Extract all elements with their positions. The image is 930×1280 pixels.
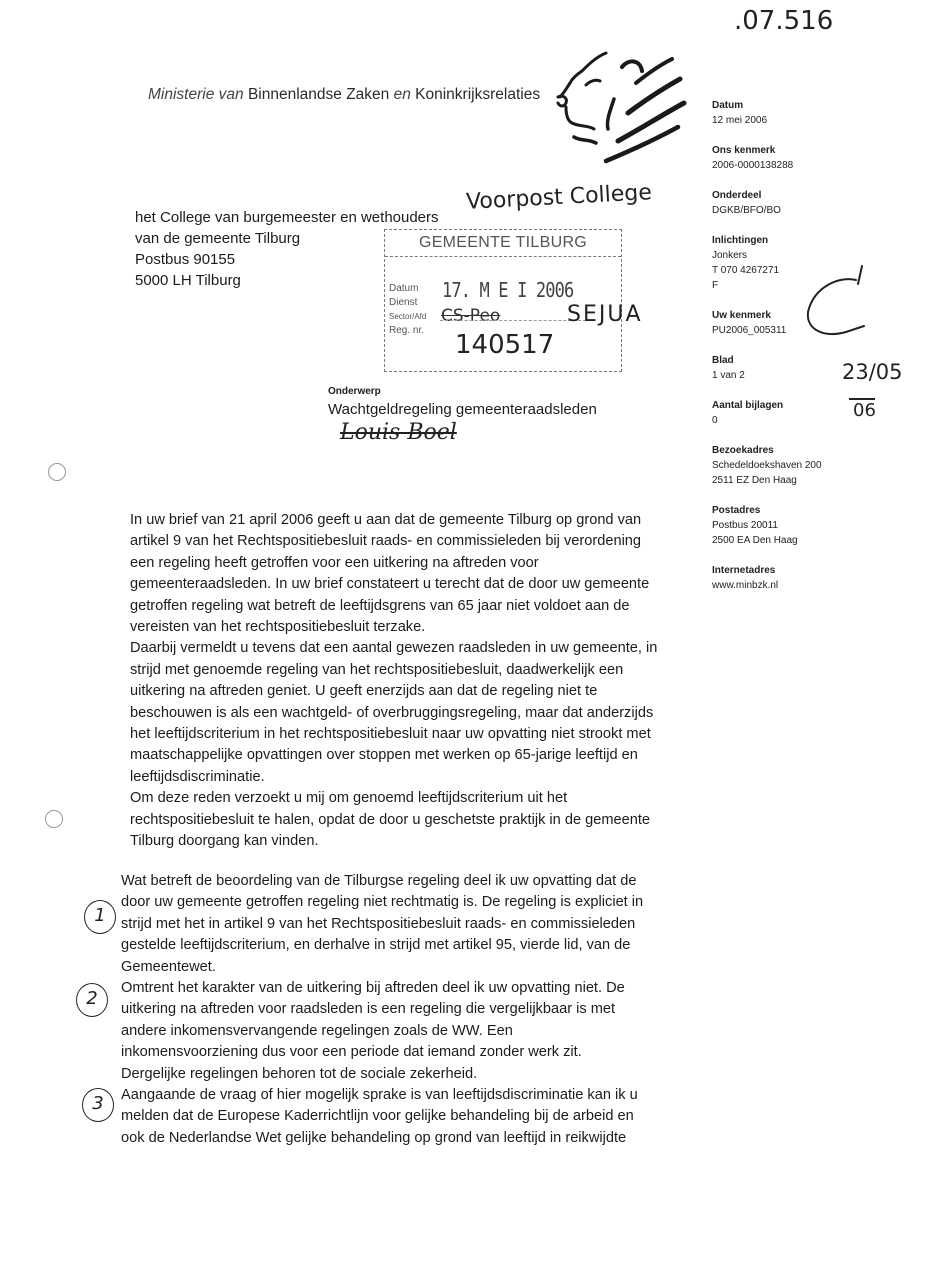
handwritten-voorpost: Voorpost College	[465, 180, 652, 215]
body-line: inkomensvoorziening dus voor een periode…	[121, 1042, 701, 1063]
meta-block: Ons kenmerk2006-0000138288	[712, 143, 842, 173]
body-line: het leeftijdscriterium in het rechtsposi…	[130, 724, 700, 745]
handwritten-date-year: 06	[853, 400, 876, 421]
stamp-label-datum: Datum	[389, 282, 426, 296]
body-line: gemeenteraadsleden. In uw brief constate…	[130, 574, 700, 595]
meta-block: Blad1 van 2	[712, 353, 842, 383]
stamp-reg-number: 140517	[455, 330, 554, 360]
meta-label: Bezoekadres	[712, 443, 842, 458]
meta-value: 2500 EA Den Haag	[712, 533, 842, 548]
body-line: gestelde leeftijdscriterium, en derhalve…	[121, 935, 701, 956]
address-line: het College van burgemeester en wethoude…	[135, 207, 439, 228]
body-line: melden dat de Europese Kaderrichtlijn vo…	[121, 1106, 701, 1127]
meta-block: Datum12 mei 2006	[712, 98, 842, 128]
circled-marker-3: 3	[82, 1088, 114, 1122]
meta-value: 12 mei 2006	[712, 113, 842, 128]
meta-value: 2511 EZ Den Haag	[712, 473, 842, 488]
meta-value: Postbus 20011	[712, 518, 842, 533]
body-line: Aangaande de vraag of hier mogelijk spra…	[121, 1085, 701, 1106]
struck-signature: Louis Boel	[340, 420, 457, 445]
handwritten-sector: SEJUA	[567, 302, 643, 327]
lion-emblem-icon	[548, 45, 698, 165]
body-line: strijd met het in artikel 9 van het Rech…	[121, 914, 701, 935]
meta-label: Datum	[712, 98, 842, 113]
body-line: In uw brief van 21 april 2006 geeft u aa…	[130, 510, 700, 531]
body-line: door uw gemeente getroffen regeling niet…	[121, 892, 701, 913]
punch-hole	[48, 463, 66, 481]
meta-label: Postadres	[712, 503, 842, 518]
meta-value: 1 van 2	[712, 368, 842, 383]
meta-label: Internetadres	[712, 563, 842, 578]
stamp-label-regnr: Reg. nr.	[389, 324, 426, 338]
checkmark-c-icon	[800, 262, 870, 344]
ministry-word-ministerie: Ministerie	[148, 86, 214, 103]
ministry-word-bz: Binnenlandse Zaken	[248, 86, 389, 103]
body-line: getroffen regeling wat betreft de leefti…	[130, 596, 700, 617]
meta-block: PostadresPostbus 200112500 EA Den Haag	[712, 503, 842, 548]
body-line: andere inkomensvervangende regelingen zo…	[121, 1021, 701, 1042]
body-line: Dergelijke regelingen behoren tot de soc…	[121, 1064, 701, 1085]
letter-body-section-2: Wat betreft de beoordeling van de Tilbur…	[121, 871, 701, 1149]
meta-column: Datum12 mei 2006Ons kenmerk2006-00001382…	[712, 98, 842, 608]
meta-value: 0	[712, 413, 842, 428]
body-line: beschouwen is als een wachtgeld- of over…	[130, 703, 700, 724]
body-line: leeftijdsdiscriminatie.	[130, 767, 700, 788]
circled-marker-2: 2	[76, 983, 108, 1017]
ministry-word-kr: Koninkrijksrelaties	[415, 86, 540, 103]
stamp-label-dienst: Dienst	[389, 296, 426, 310]
body-line: vereisten van het rechtspositiebesluit t…	[130, 617, 700, 638]
handwritten-date: 23/05	[842, 360, 903, 384]
meta-block: Aantal bijlagen0	[712, 398, 842, 428]
stamp-row-labels: Datum Dienst Sector/Afd Reg. nr.	[389, 282, 426, 338]
body-line: Daarbij vermeldt u tevens dat een aantal…	[130, 638, 700, 659]
subject-text: Wachtgeldregeling gemeenteraadsleden	[328, 401, 597, 418]
body-line: uitkering na aftreden geniet. U geeft en…	[130, 681, 700, 702]
handwritten-file-number: .07.516	[734, 6, 833, 36]
punch-hole	[45, 810, 63, 828]
meta-value: DGKB/BFO/BO	[712, 203, 842, 218]
meta-value: www.minbzk.nl	[712, 578, 842, 593]
ministry-word-en: en	[394, 86, 411, 103]
body-line: strijd met genoemde regeling van het rec…	[130, 660, 700, 681]
meta-value: 2006-0000138288	[712, 158, 842, 173]
meta-value: Jonkers	[712, 248, 842, 263]
body-line: uitkering na aftreden voor raadsleden is…	[121, 999, 701, 1020]
subject-label: Onderwerp	[328, 386, 381, 397]
meta-label: Inlichtingen	[712, 233, 842, 248]
stamp-date: 17. M E I 2006	[442, 278, 573, 302]
body-line: Omtrent het karakter van de uitkering bi…	[121, 978, 701, 999]
body-line: Wat betreft de beoordeling van de Tilbur…	[121, 871, 701, 892]
body-line: een regeling heeft getroffen voor een ui…	[130, 553, 700, 574]
body-line: Tilburg doorgang kan vinden.	[130, 831, 700, 852]
circled-marker-1: 1	[84, 900, 116, 934]
letter-body-section-1: In uw brief van 21 april 2006 geeft u aa…	[130, 510, 700, 853]
body-line: Om deze reden verzoekt u mij om genoemd …	[130, 788, 700, 809]
stamp-label-sector: Sector/Afd	[389, 310, 426, 324]
meta-label: Onderdeel	[712, 188, 842, 203]
stamp-title: GEMEENTE TILBURG	[385, 230, 621, 257]
meta-block: OnderdeelDGKB/BFO/BO	[712, 188, 842, 218]
meta-label: Ons kenmerk	[712, 143, 842, 158]
body-line: artikel 9 van het Rechtspositiebesluit r…	[130, 531, 700, 552]
meta-block: Internetadreswww.minbzk.nl	[712, 563, 842, 593]
ministry-word-van: van	[219, 86, 244, 103]
stamp-dienst-struck: CS-Peo	[441, 306, 500, 326]
body-line: maatschappelijke opvattingen over stoppe…	[130, 745, 700, 766]
ministry-name: Ministerie van Binnenlandse Zaken en Kon…	[148, 86, 540, 104]
body-line: Gemeentewet.	[121, 957, 701, 978]
received-stamp: GEMEENTE TILBURG Datum Dienst Sector/Afd…	[384, 229, 622, 372]
meta-label: Blad	[712, 353, 842, 368]
meta-value: Schedeldoekshaven 200	[712, 458, 842, 473]
meta-block: BezoekadresSchedeldoekshaven 2002511 EZ …	[712, 443, 842, 488]
body-line: rechtspositiebesluit te halen, opdat de …	[130, 810, 700, 831]
meta-label: Aantal bijlagen	[712, 398, 842, 413]
body-line: ook de Nederlandse Wet gelijke behandeli…	[121, 1128, 701, 1149]
